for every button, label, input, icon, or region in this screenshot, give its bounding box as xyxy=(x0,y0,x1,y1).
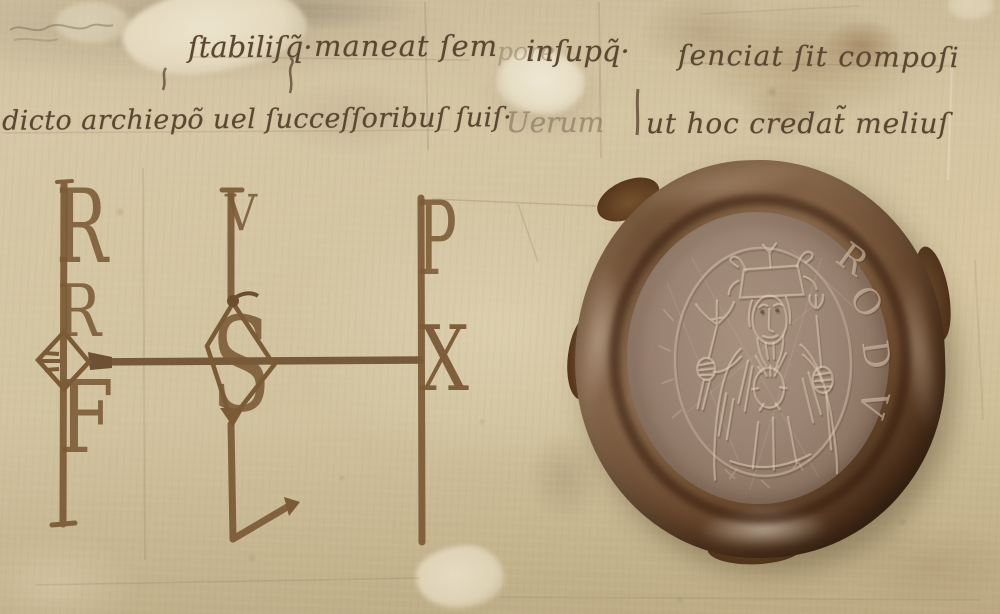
seal-legend-letter-D: D xyxy=(853,338,898,372)
crown-band xyxy=(739,265,804,297)
seal-impression: R O D V xyxy=(568,154,952,565)
seal-legend-letter-O: O xyxy=(841,278,891,325)
latin-text-line2-fragment3: ut hoc credat̃ meliuſ xyxy=(646,107,950,140)
wax-seal: R O D V xyxy=(568,154,952,565)
mouth xyxy=(763,335,777,337)
damage-patch-top-left-small xyxy=(55,2,130,44)
latin-text-line1-fragment2: maneat ſem xyxy=(314,29,498,63)
charter-photograph: ſtabiliſq̃· maneat ſem pore inſupq̃· ſen… xyxy=(0,0,1000,614)
crown-center-prong xyxy=(763,243,777,267)
latin-text-line1-fragment1: ſtabiliſq̃· xyxy=(188,30,313,64)
staff-finial xyxy=(809,295,823,308)
latin-text-line1-fragment5: ſenciat ſit compoſi xyxy=(678,39,960,74)
left-knuckles xyxy=(699,363,713,375)
seal-legend-letter-V: V xyxy=(849,385,896,423)
seal-legend: R O D V xyxy=(828,234,900,425)
sceptre-stalk xyxy=(708,325,718,357)
left-eye xyxy=(760,310,764,314)
brows xyxy=(759,304,782,307)
crown-right-volute xyxy=(796,252,813,267)
latin-text-line2-fragment1: dicto archiepõ uel ſucceſſoribuſ ſuiſ· xyxy=(2,102,512,137)
nose xyxy=(768,309,773,332)
right-eye xyxy=(775,308,779,312)
crown-left-pendant xyxy=(728,281,738,294)
right-knuckles xyxy=(815,373,831,388)
latin-text-line1-fragment4: inſupq̃· xyxy=(526,34,630,68)
lily-sceptre-head xyxy=(696,300,735,324)
latin-text-line2-fragment2-faded: Uerum xyxy=(506,106,604,139)
seal-legend-letter-R: R xyxy=(829,235,876,285)
roundel-ticks xyxy=(751,365,787,410)
